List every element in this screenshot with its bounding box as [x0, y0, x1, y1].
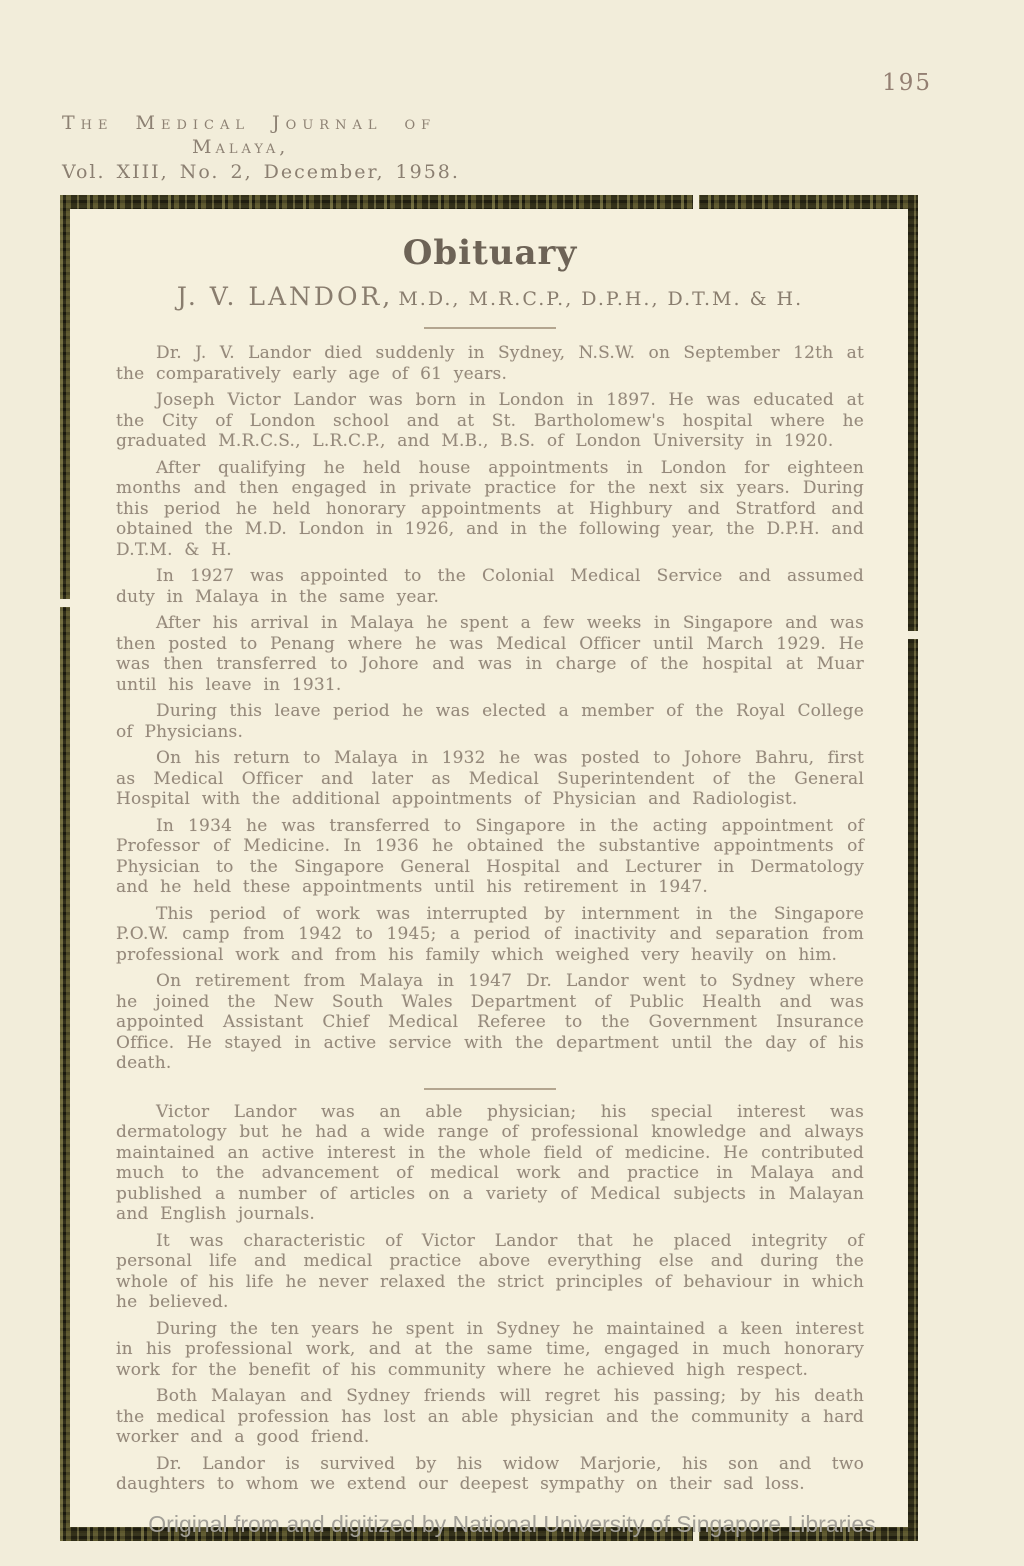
obituary-paragraph: This period of work was interrupted by i…: [116, 904, 864, 966]
frame-gap-left: [60, 599, 70, 607]
obituary-paragraph: Dr. J. V. Landor died suddenly in Sydney…: [116, 343, 864, 384]
obituary-body-part2: Victor Landor was an able physician; his…: [116, 1102, 864, 1495]
obituary-paragraph: It was characteristic of Victor Landor t…: [116, 1231, 864, 1313]
deceased-credentials: M.D., M.R.C.P., D.P.H., D.T.M. & H.: [398, 288, 803, 310]
obituary-page: Obituary J. V. LANDOR, M.D., M.R.C.P., D…: [70, 209, 908, 1527]
frame-gap-top: [693, 195, 699, 209]
journal-volume-line: Vol. XIII, No. 2, December, 1958.: [62, 161, 460, 183]
obituary-paragraph: Joseph Victor Landor was born in London …: [116, 390, 864, 452]
obituary-paragraph: During the ten years he spent in Sydney …: [116, 1319, 864, 1381]
obituary-paragraph: After qualifying he held house appointme…: [116, 458, 864, 561]
journal-header: The Medical Journal of Malaya, Vol. XIII…: [62, 112, 460, 183]
digitization-footer: Original from and digitized by National …: [0, 1511, 1024, 1538]
obituary-paragraph: After his arrival in Malaya he spent a f…: [116, 613, 864, 695]
obituary-paragraph: In 1934 he was transferred to Singapore …: [116, 816, 864, 898]
obituary-paragraph: Both Malayan and Sydney friends will reg…: [116, 1386, 864, 1448]
deceased-name: J. V. LANDOR,: [177, 282, 393, 311]
section-divider: [424, 1088, 556, 1090]
obituary-frame: Obituary J. V. LANDOR, M.D., M.R.C.P., D…: [60, 195, 918, 1541]
obituary-body-part1: Dr. J. V. Landor died suddenly in Sydney…: [116, 343, 864, 1074]
obituary-paragraph: During this leave period he was elected …: [116, 701, 864, 742]
obituary-paragraph: On his return to Malaya in 1932 he was p…: [116, 748, 864, 810]
obituary-paragraph: On retirement from Malaya in 1947 Dr. La…: [116, 971, 864, 1074]
frame-gap-right: [908, 631, 918, 639]
journal-title-line1: The Medical Journal of: [62, 112, 460, 134]
obituary-paragraph: In 1927 was appointed to the Colonial Me…: [116, 566, 864, 607]
obituary-paragraph: Victor Landor was an able physician; his…: [116, 1102, 864, 1225]
journal-title-line2: Malaya,: [192, 136, 460, 158]
title-rule: [424, 327, 556, 329]
obituary-title: Obituary: [116, 233, 864, 273]
obituary-name-line: J. V. LANDOR, M.D., M.R.C.P., D.P.H., D.…: [116, 282, 864, 311]
page-number: 195: [882, 70, 932, 96]
obituary-paragraph: Dr. Landor is survived by his widow Marj…: [116, 1454, 864, 1495]
